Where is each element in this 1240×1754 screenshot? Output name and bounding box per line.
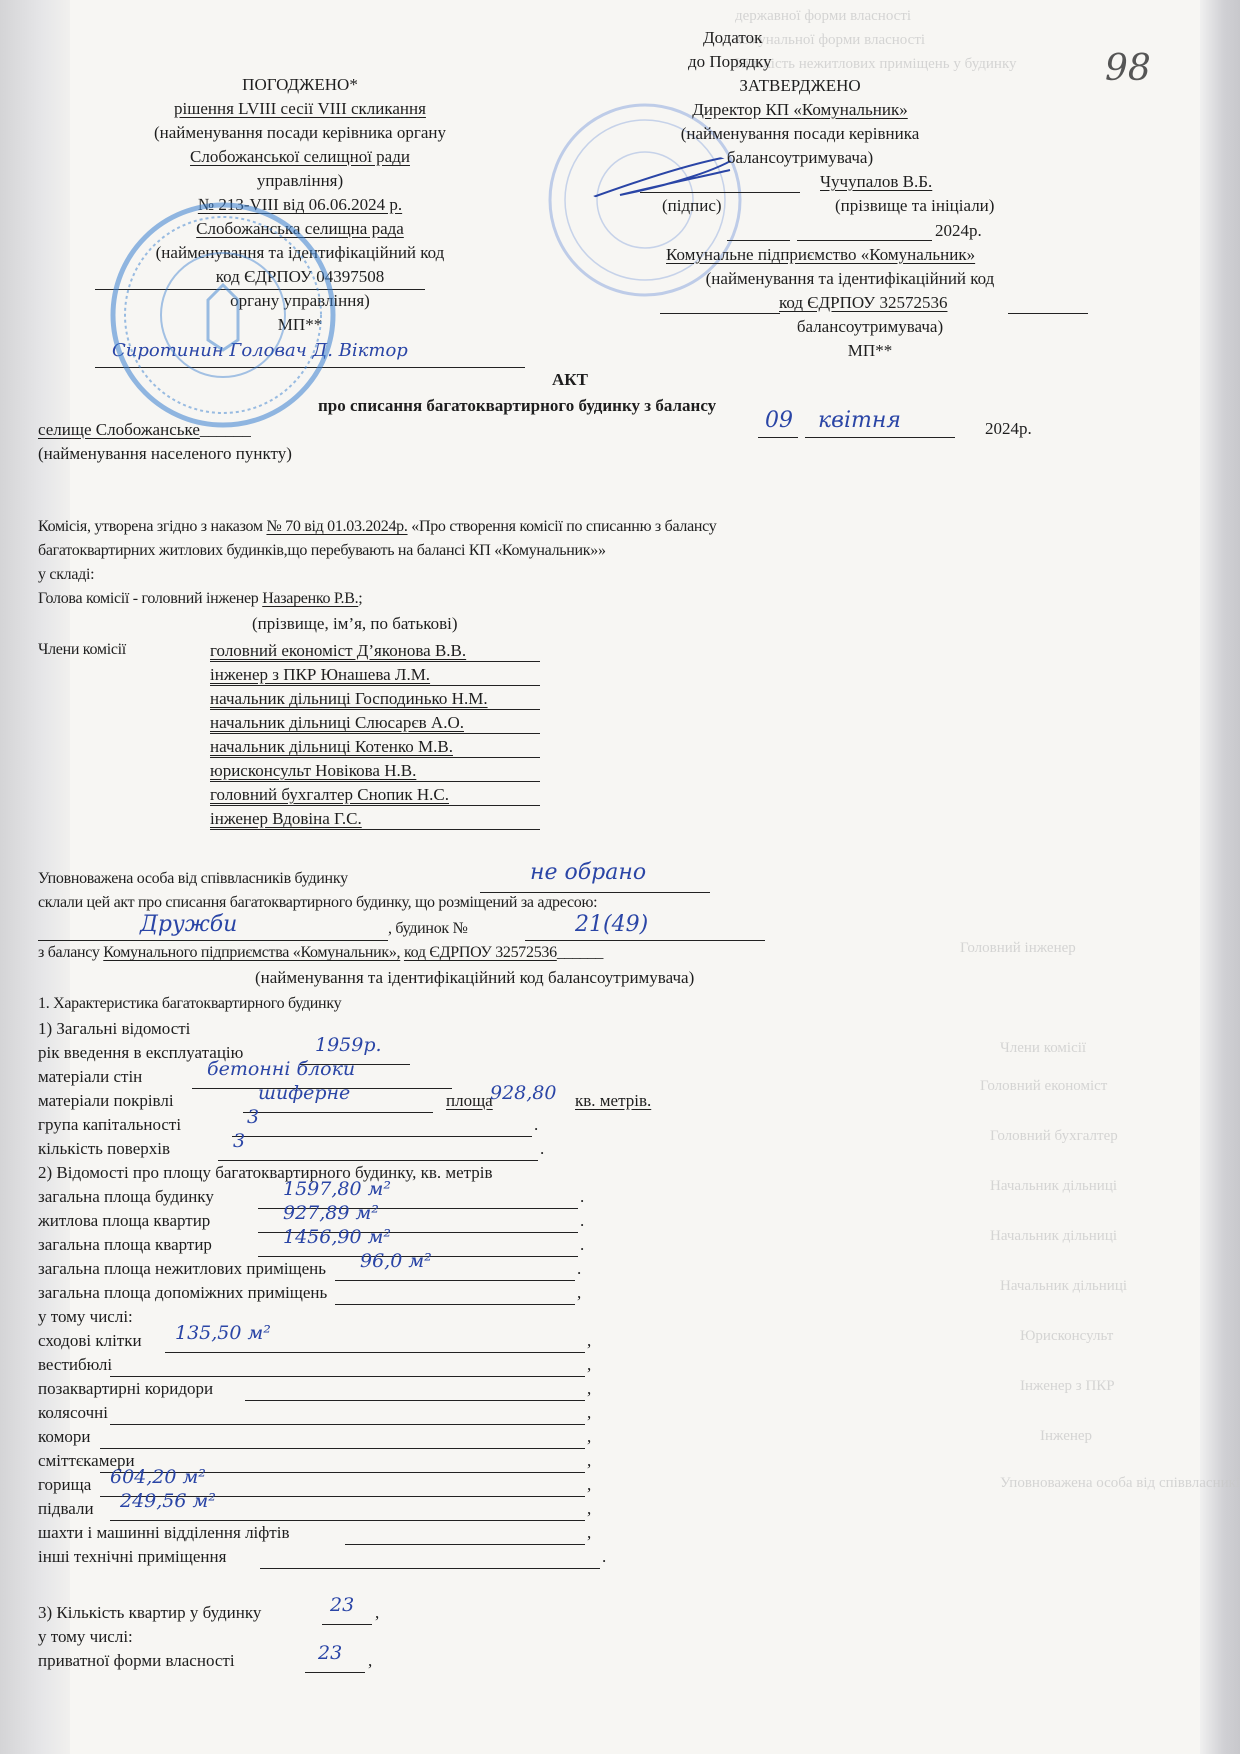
aux-label: інші технічні приміщення: [38, 1547, 226, 1567]
area-value: 1456,90 м²: [283, 1226, 391, 1248]
bleed-text: Начальник дільниці: [990, 1178, 1117, 1195]
approved-note: (найменування посади керівника: [620, 124, 980, 144]
agreed-note: (найменування та ідентифікаційний код: [100, 243, 500, 263]
approved-heading: ЗАТВЕРДЖЕНО: [620, 76, 980, 96]
area-label: житлова площа квартир: [38, 1211, 210, 1231]
act-title: АКТ: [552, 370, 588, 390]
chair-line: Голова комісії - головний інженер Назаре…: [38, 590, 362, 608]
roof-area-label: площа: [446, 1091, 493, 1111]
general-heading: 1) Загальні відомості: [38, 1019, 190, 1039]
agreed-decision-number: № 213-VIII від 06.06.2024 р.: [100, 195, 500, 215]
approved-name: Чучупалов В.Б.: [820, 172, 932, 192]
aux-label: сходові клітки: [38, 1331, 142, 1351]
bleed-text: Інженер з ПКР: [1020, 1378, 1115, 1395]
compiled-text: склали цей акт про списання багатокварти…: [38, 894, 597, 912]
agreed-note: управління): [100, 171, 500, 191]
agreed-note: (найменування посади керівника органу: [100, 123, 500, 143]
punct: ,: [587, 1379, 591, 1399]
bleed-text: Начальник дільниці: [990, 1228, 1117, 1245]
aux-label: горища: [38, 1475, 91, 1495]
punct: ,: [587, 1499, 591, 1519]
approved-position: Директор КП «Комунальник»: [620, 100, 980, 120]
area-heading: 2) Відомості про площу багатоквартирного…: [38, 1163, 493, 1183]
settlement: селище Слобожанське______: [38, 420, 251, 440]
area-value: 96,0 м²: [360, 1250, 432, 1272]
agreed-body: Слобожанська селищна рада: [100, 219, 500, 239]
approved-date-year: 2024р.: [935, 221, 982, 241]
composition-label: у складі:: [38, 566, 94, 584]
agreed-heading: ПОГОДЖЕНО*: [100, 75, 500, 95]
area-value: 1597,80 м²: [283, 1178, 391, 1200]
punct: .: [580, 1235, 584, 1255]
member-item: головний бухгалтер Снопик Н.С.: [210, 785, 449, 805]
bleed-text: Кількість нежитлових приміщень у будинку: [735, 56, 1017, 73]
bleed-text: Головний економіст: [980, 1078, 1107, 1095]
street-value: Дружби: [140, 912, 237, 937]
member-item: юрисконсульт Новікова Н.В.: [210, 761, 416, 781]
approved-note: (найменування та ідентифікаційний код: [640, 269, 1060, 289]
agreed-signature: Сиротинин Головач Д. Віктор: [112, 340, 408, 361]
area-label: загальна площа квартир: [38, 1235, 212, 1255]
commission-intro: Комісія, утворена згідно з наказом № 70 …: [38, 518, 716, 536]
approved-company: Комунальне підприємство «Комунальник»: [666, 245, 975, 265]
roof-area-value: 928,80: [490, 1082, 556, 1104]
punct: .: [580, 1211, 584, 1231]
annex-subtitle: до Порядку: [688, 52, 772, 72]
member-item: начальник дільниці Котенко М.В.: [210, 737, 453, 757]
bleed-text: державної форми власності: [735, 8, 911, 25]
approved-note: балансоутримувача): [690, 317, 1050, 337]
area-label: загальна площа будинку: [38, 1187, 214, 1207]
punct: ,: [577, 1283, 581, 1303]
field-label: кількість поверхів: [38, 1139, 170, 1159]
agreed-council: Слобожанської селищної ради: [100, 147, 500, 167]
house-label: , будинок №: [388, 920, 468, 938]
approved-code: код ЄДРПОУ 32572536: [779, 293, 947, 313]
approved-note: балансоутримувача): [620, 148, 980, 168]
field-label: матеріали покрівлі: [38, 1091, 174, 1111]
field-value: 3: [247, 1106, 259, 1128]
aux-value: 135,50 м²: [175, 1322, 271, 1344]
private-value: 23: [318, 1642, 342, 1664]
apartments-including: у тому числі:: [38, 1627, 133, 1647]
roof-area-unit: кв. метрів.: [575, 1091, 651, 1111]
area-value: 927,89 м²: [283, 1202, 379, 1224]
bleed-text: Юрисконсульт: [1020, 1328, 1113, 1345]
bleed-text: Головний інженер: [960, 940, 1076, 957]
authorized-value: не обрано: [530, 860, 646, 885]
annex-title: Додаток: [703, 28, 762, 48]
field-value: шиферне: [258, 1082, 350, 1104]
bleed-text: Інженер: [1040, 1428, 1092, 1445]
page-number: 98: [1105, 48, 1151, 89]
act-date-month: квітня: [818, 408, 901, 433]
private-line: приватної форми власності: [38, 1651, 235, 1671]
member-item: інженер Вдовіна Г.С.: [210, 809, 362, 829]
agreed-code: код ЄДРПОУ 04397508: [100, 267, 500, 287]
field-value: бетонні блоки: [207, 1058, 355, 1080]
field-value: 3: [233, 1130, 245, 1152]
area-label: загальна площа нежитлових приміщень: [38, 1259, 326, 1279]
punct: ,: [587, 1331, 591, 1351]
approved-seal-label: МП**: [690, 341, 1050, 361]
bleed-text: Головний бухгалтер: [990, 1128, 1118, 1145]
punct: ,: [587, 1403, 591, 1423]
punct: ,: [587, 1427, 591, 1447]
aux-label: комори: [38, 1427, 90, 1447]
aux-value: 249,56 м²: [120, 1490, 216, 1512]
aux-label: позаквартирні коридори: [38, 1379, 213, 1399]
field-label: група капітальності: [38, 1115, 181, 1135]
act-subtitle: про списання багатоквартирного будинку з…: [318, 396, 716, 416]
agreed-decision: рішення LVIII сесії VIII скликання: [100, 99, 500, 119]
apartments-value: 23: [330, 1594, 354, 1616]
bleed-text: Члени комісії: [1000, 1040, 1086, 1057]
area-label: загальна площа допоміжних приміщень: [38, 1283, 327, 1303]
characteristics-heading: 1. Характеристика багатоквартирного буди…: [38, 995, 341, 1013]
punct: .: [580, 1187, 584, 1207]
member-item: начальник дільниці Господинько Н.М.: [210, 689, 488, 709]
punct: ,: [587, 1523, 591, 1543]
authorized-label: Уповноважена особа від співвласників буд…: [38, 870, 348, 888]
member-item: інженер з ПКР Юнашева Л.М.: [210, 665, 430, 685]
member-item: головний економіст Д’яконова В.В.: [210, 641, 466, 661]
agreed-note: органу управління): [100, 291, 500, 311]
balance-note: (найменування та ідентифікаційний код ба…: [255, 968, 694, 988]
aux-value: 604,20 м²: [110, 1466, 206, 1488]
aux-label: шахти і машинні відділення ліфтів: [38, 1523, 289, 1543]
members-label: Члени комісії: [38, 641, 126, 659]
house-number: 21(49): [575, 912, 648, 937]
punct: .: [602, 1547, 606, 1567]
settlement-note: (найменування населеного пункту): [38, 444, 292, 464]
punct: ,: [587, 1475, 591, 1495]
agreed-seal-label: МП**: [100, 315, 500, 335]
field-value: 1959р.: [315, 1034, 382, 1056]
act-date-year: 2024р.: [985, 419, 1032, 439]
aux-label: вестибюлі: [38, 1355, 112, 1375]
aux-label: колясочні: [38, 1403, 108, 1423]
field-label: матеріали стін: [38, 1067, 142, 1087]
balance-line: з балансу Комунального підприємства «Ком…: [38, 944, 603, 962]
name-label: (прізвище та ініціали): [835, 196, 994, 216]
punct: ,: [587, 1355, 591, 1375]
including-label: у тому числі:: [38, 1307, 133, 1327]
aux-label: підвали: [38, 1499, 94, 1519]
bleed-text: комунальної форми власності: [735, 32, 925, 49]
bleed-text: Уповноважена особа від співвласників: [1000, 1475, 1240, 1492]
punct: .: [577, 1259, 581, 1279]
act-date-day: 09: [765, 408, 793, 433]
commission-intro-line2: багатоквартирних житлових будинків,що пе…: [38, 542, 606, 560]
punct: ,: [587, 1451, 591, 1471]
chair-note: (прізвище, ім’я, по батькові): [252, 614, 458, 634]
member-item: начальник дільниці Слюсарєв А.О.: [210, 713, 464, 733]
bleed-text: Начальник дільниці: [1000, 1278, 1127, 1295]
apartments-line: 3) Кількість квартир у будинку: [38, 1603, 261, 1623]
sign-label: (підпис): [662, 196, 722, 216]
